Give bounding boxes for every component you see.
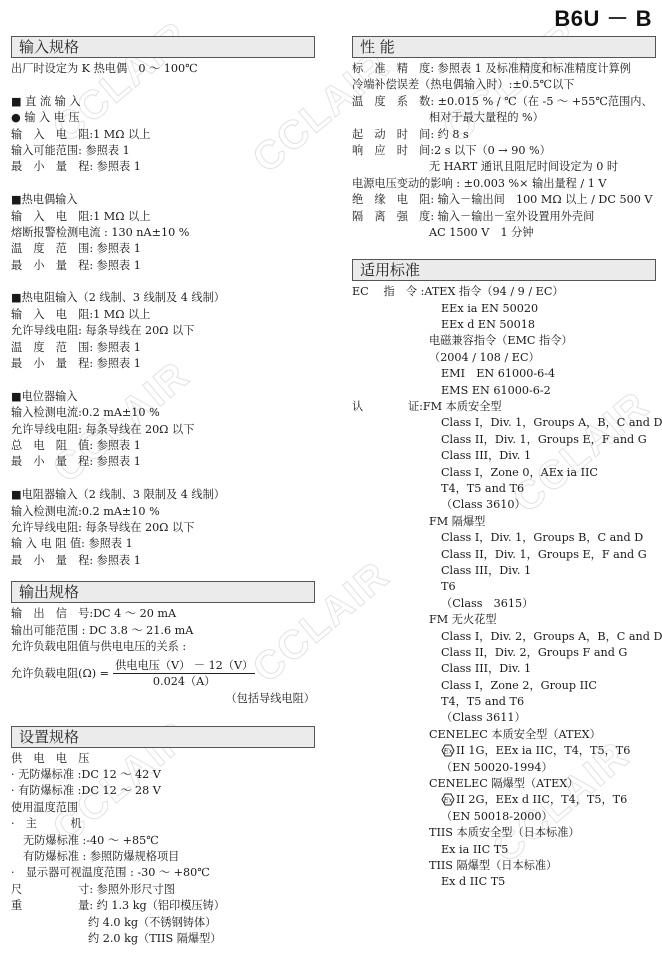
spec-line: 允许导线电阻: 每条导线在 20Ω 以下 <box>11 422 315 438</box>
spec-line: 绝 缘 电 阻: 输入－输出间 100 MΩ 以上 / DC 500 V <box>352 192 656 208</box>
model-title: B6U － B <box>554 2 652 33</box>
subsection-title: ■电位器输入 <box>11 389 315 405</box>
spec-line: 输 入 电 阻:1 MΩ 以上 <box>11 307 315 323</box>
spec-line: Class I，Div. 1，Groups B，C and D <box>352 530 656 546</box>
spec-line: 最 小 量 程: 参照表 1 <box>11 454 315 470</box>
spec-line: Class III，Div. 1 <box>352 563 656 579</box>
right-column: 性 能 标 准 精 度: 参照表 1 及标准精度和标准精度计算例 冷端补偿误差（… <box>352 36 656 891</box>
cert-title: CENELEC 隔爆型（ATEX） <box>352 776 656 792</box>
ex-hexagon-icon: Ex <box>441 744 455 757</box>
spec-line: Ex ia IIC T5 <box>352 842 656 858</box>
spec-line: 输 入 电 阻:1 MΩ 以上 <box>11 209 315 225</box>
cert-title: FM 隔爆型 <box>352 514 656 530</box>
spec-line: ExII 2G，EEx d IIC，T4，T5，T6 <box>352 792 656 808</box>
cert-title: TIIS 本质安全型（日本标准） <box>352 825 656 841</box>
spec-line: （Class 3610） <box>352 497 656 513</box>
spec-line: 最 小 量 程: 参照表 1 <box>11 258 315 274</box>
spec-line: 约 4.0 kg（不锈钢铸体） <box>11 915 315 931</box>
spec-line: 有防爆标准 : 参照防爆规格项目 <box>11 849 315 865</box>
spec-line: 输 出 信 号:DC 4 ～ 20 mA <box>11 606 315 622</box>
emc-title: 电磁兼容指令（EMC 指令） <box>352 333 656 349</box>
spec-line: Class I，Zone 2，Group IIC <box>352 678 656 694</box>
spec-line: （Class 3611） <box>352 710 656 726</box>
section-heading-install-spec: 设置规格 <box>11 726 315 748</box>
subsection-title: ■热电偶输入 <box>11 192 315 208</box>
spec-line: 隔 离 强 度: 输入－输出－室外设置用外壳间 <box>352 209 656 225</box>
spec-line: 允许负载电阻值与供电电压的关系 : <box>11 639 315 655</box>
svg-text:Ex: Ex <box>442 797 452 805</box>
spec-line: 输入可能范围: 参照表 1 <box>11 143 315 159</box>
spec-line: 温 度 范 围: 参照表 1 <box>11 241 315 257</box>
spec-line: （EN 50020-1994） <box>352 760 656 776</box>
spec-line: （Class 3615） <box>352 596 656 612</box>
spec-line: 输入检测电流:0.2 mA±10 % <box>11 405 315 421</box>
section-heading-input-spec: 输入规格 <box>11 36 315 58</box>
spec-line: 输 入 电 阻:1 MΩ 以上 <box>11 127 315 143</box>
spec-line: 允许导线电阻: 每条导线在 20Ω 以下 <box>11 520 315 536</box>
spec-line: 相对于最大量程的 %） <box>352 110 656 126</box>
ex-hexagon-icon: Ex <box>441 793 455 806</box>
formula-lhs: 允许负载电阻(Ω) = <box>11 665 109 681</box>
spec-line: 供 电 电 压 <box>11 751 315 767</box>
atex-marking: II 1G，EEx ia IIC，T4，T5，T6 <box>456 744 630 757</box>
spec-line: T6 <box>352 579 656 595</box>
spec-line: T4，T5 and T6 <box>352 694 656 710</box>
factory-setting: 出厂时设定为 K 热电偶 0 ～ 100℃ <box>11 61 315 77</box>
formula-denominator: 0.024（A） <box>153 674 215 689</box>
spec-line: 允许导线电阻: 每条导线在 20Ω 以下 <box>11 323 315 339</box>
atex-marking: II 2G，EEx d IIC，T4，T5，T6 <box>456 793 627 806</box>
left-column: 输入规格 出厂时设定为 K 热电偶 0 ～ 100℃ ■ 直 流 输 入 ● 输… <box>11 36 315 947</box>
spec-line: 响 应 时 间:2 s 以下（0 → 90 %） <box>352 143 656 159</box>
spec-line: 起 动 时 间: 约 8 s <box>352 127 656 143</box>
cert-title: FM 无火花型 <box>352 612 656 628</box>
certification-label: 认 证:FM 本质安全型 <box>352 399 656 415</box>
spec-line: 输 入 电 阻 值: 参照表 1 <box>11 536 315 552</box>
svg-text:Ex: Ex <box>442 748 452 756</box>
spec-line: 标 准 精 度: 参照表 1 及标准精度和标准精度计算例 <box>352 61 656 77</box>
spec-line: 熔断报警检测电流 : 130 nA±10 % <box>11 225 315 241</box>
emc-directive: （2004 / 108 / EC） <box>352 350 656 366</box>
spec-line: EEx ia EN 50020 <box>352 301 656 317</box>
spec-line: 尺 寸: 参照外形尺寸图 <box>11 882 315 898</box>
spec-line: 约 2.0 kg（TIIS 隔爆型） <box>11 931 315 947</box>
spec-line: EMI EN 61000-6-4 <box>352 366 656 382</box>
cert-title: TIIS 隔爆型（日本标准） <box>352 858 656 874</box>
spec-line: 使用温度范围 <box>11 800 315 816</box>
spec-line: Class I，Div. 1，Groups A，B，C and D <box>352 415 656 431</box>
spec-line: 无 HART 通讯且阻尼时间设定为 0 时 <box>352 159 656 175</box>
ec-directive: EC 指 令 :ATEX 指令（94 / 9 / EC） <box>352 284 656 300</box>
spec-line: Class II，Div. 2，Groups F and G <box>352 645 656 661</box>
spec-line: · 主 机 <box>11 816 315 832</box>
spec-line: 冷端补偿误差（热电偶输入时）:±0.5℃以下 <box>352 77 656 93</box>
formula-fraction: 供电电压（V） － 12（V） 0.024（A） <box>113 658 255 689</box>
spec-line: Class II，Div. 1，Groups E，F and G <box>352 547 656 563</box>
spec-line: ExII 1G，EEx ia IIC，T4，T5，T6 <box>352 743 656 759</box>
spec-line: · 有防爆标准 :DC 12 ～ 28 V <box>11 783 315 799</box>
spec-line: · 无防爆标准 :DC 12 ～ 42 V <box>11 767 315 783</box>
subsection-title: ■热电阻输入（2 线制、3 线制及 4 线制） <box>11 290 315 306</box>
spec-line: Class III，Div. 1 <box>352 448 656 464</box>
spec-line: AC 1500 V 1 分钟 <box>352 225 656 241</box>
spec-line: 最 小 量 程: 参照表 1 <box>11 159 315 175</box>
spec-line: 输出可能范围 : DC 3.8 ～ 21.6 mA <box>11 623 315 639</box>
formula-numerator: 供电电压（V） － 12（V） <box>113 658 255 674</box>
spec-line: Class II，Div. 1，Groups E，F and G <box>352 432 656 448</box>
spec-line: EMS EN 61000-6-2 <box>352 383 656 399</box>
spec-line: T4，T5 and T6 <box>352 481 656 497</box>
formula-note: （包括导线电阻） <box>11 691 315 707</box>
spec-line: Class III，Div. 1 <box>352 661 656 677</box>
spec-line: · 显示器可视温度范围 : -30 ～ +80℃ <box>11 865 315 881</box>
spec-line: 温 度 范 围: 参照表 1 <box>11 340 315 356</box>
spec-line: 输入检测电流:0.2 mA±10 % <box>11 504 315 520</box>
spec-line: 无防爆标准 :-40 ～ +85℃ <box>11 833 315 849</box>
spec-line: 电源电压变动的影响 : ±0.003 %× 输出量程 / 1 V <box>352 176 656 192</box>
spec-line: 总 电 阻 值: 参照表 1 <box>11 438 315 454</box>
spec-line: Class I，Zone 0，AEx ia IIC <box>352 465 656 481</box>
load-resistance-formula: 允许负载电阻(Ω) = 供电电压（V） － 12（V） 0.024（A） <box>11 655 315 691</box>
subsection-title: ■电阻器输入（2 线制、3 限制及 4 线制） <box>11 487 315 503</box>
spec-line: 重 量: 约 1.3 kg（铝印模压铸） <box>11 898 315 914</box>
spec-line: 最 小 量 程: 参照表 1 <box>11 553 315 569</box>
section-heading-standards: 适用标准 <box>352 259 656 281</box>
spec-line: （EN 50018-2000） <box>352 809 656 825</box>
section-heading-performance: 性 能 <box>352 36 656 58</box>
spec-line: 最 小 量 程: 参照表 1 <box>11 356 315 372</box>
subsection-title: ■ 直 流 输 入 <box>11 94 315 110</box>
spec-line: 温 度 系 数: ±0.015 % / ℃（在 -5 ～ +55℃范围内、 <box>352 94 656 110</box>
section-heading-output-spec: 输出规格 <box>11 581 315 603</box>
spec-line: Class I，Div. 2，Groups A，B，C and D <box>352 629 656 645</box>
subsection-title: ● 输 入 电 压 <box>11 110 315 126</box>
cert-title: CENELEC 本质安全型（ATEX） <box>352 727 656 743</box>
spec-line: EEx d EN 50018 <box>352 317 656 333</box>
spec-line: Ex d IIC T5 <box>352 874 656 890</box>
